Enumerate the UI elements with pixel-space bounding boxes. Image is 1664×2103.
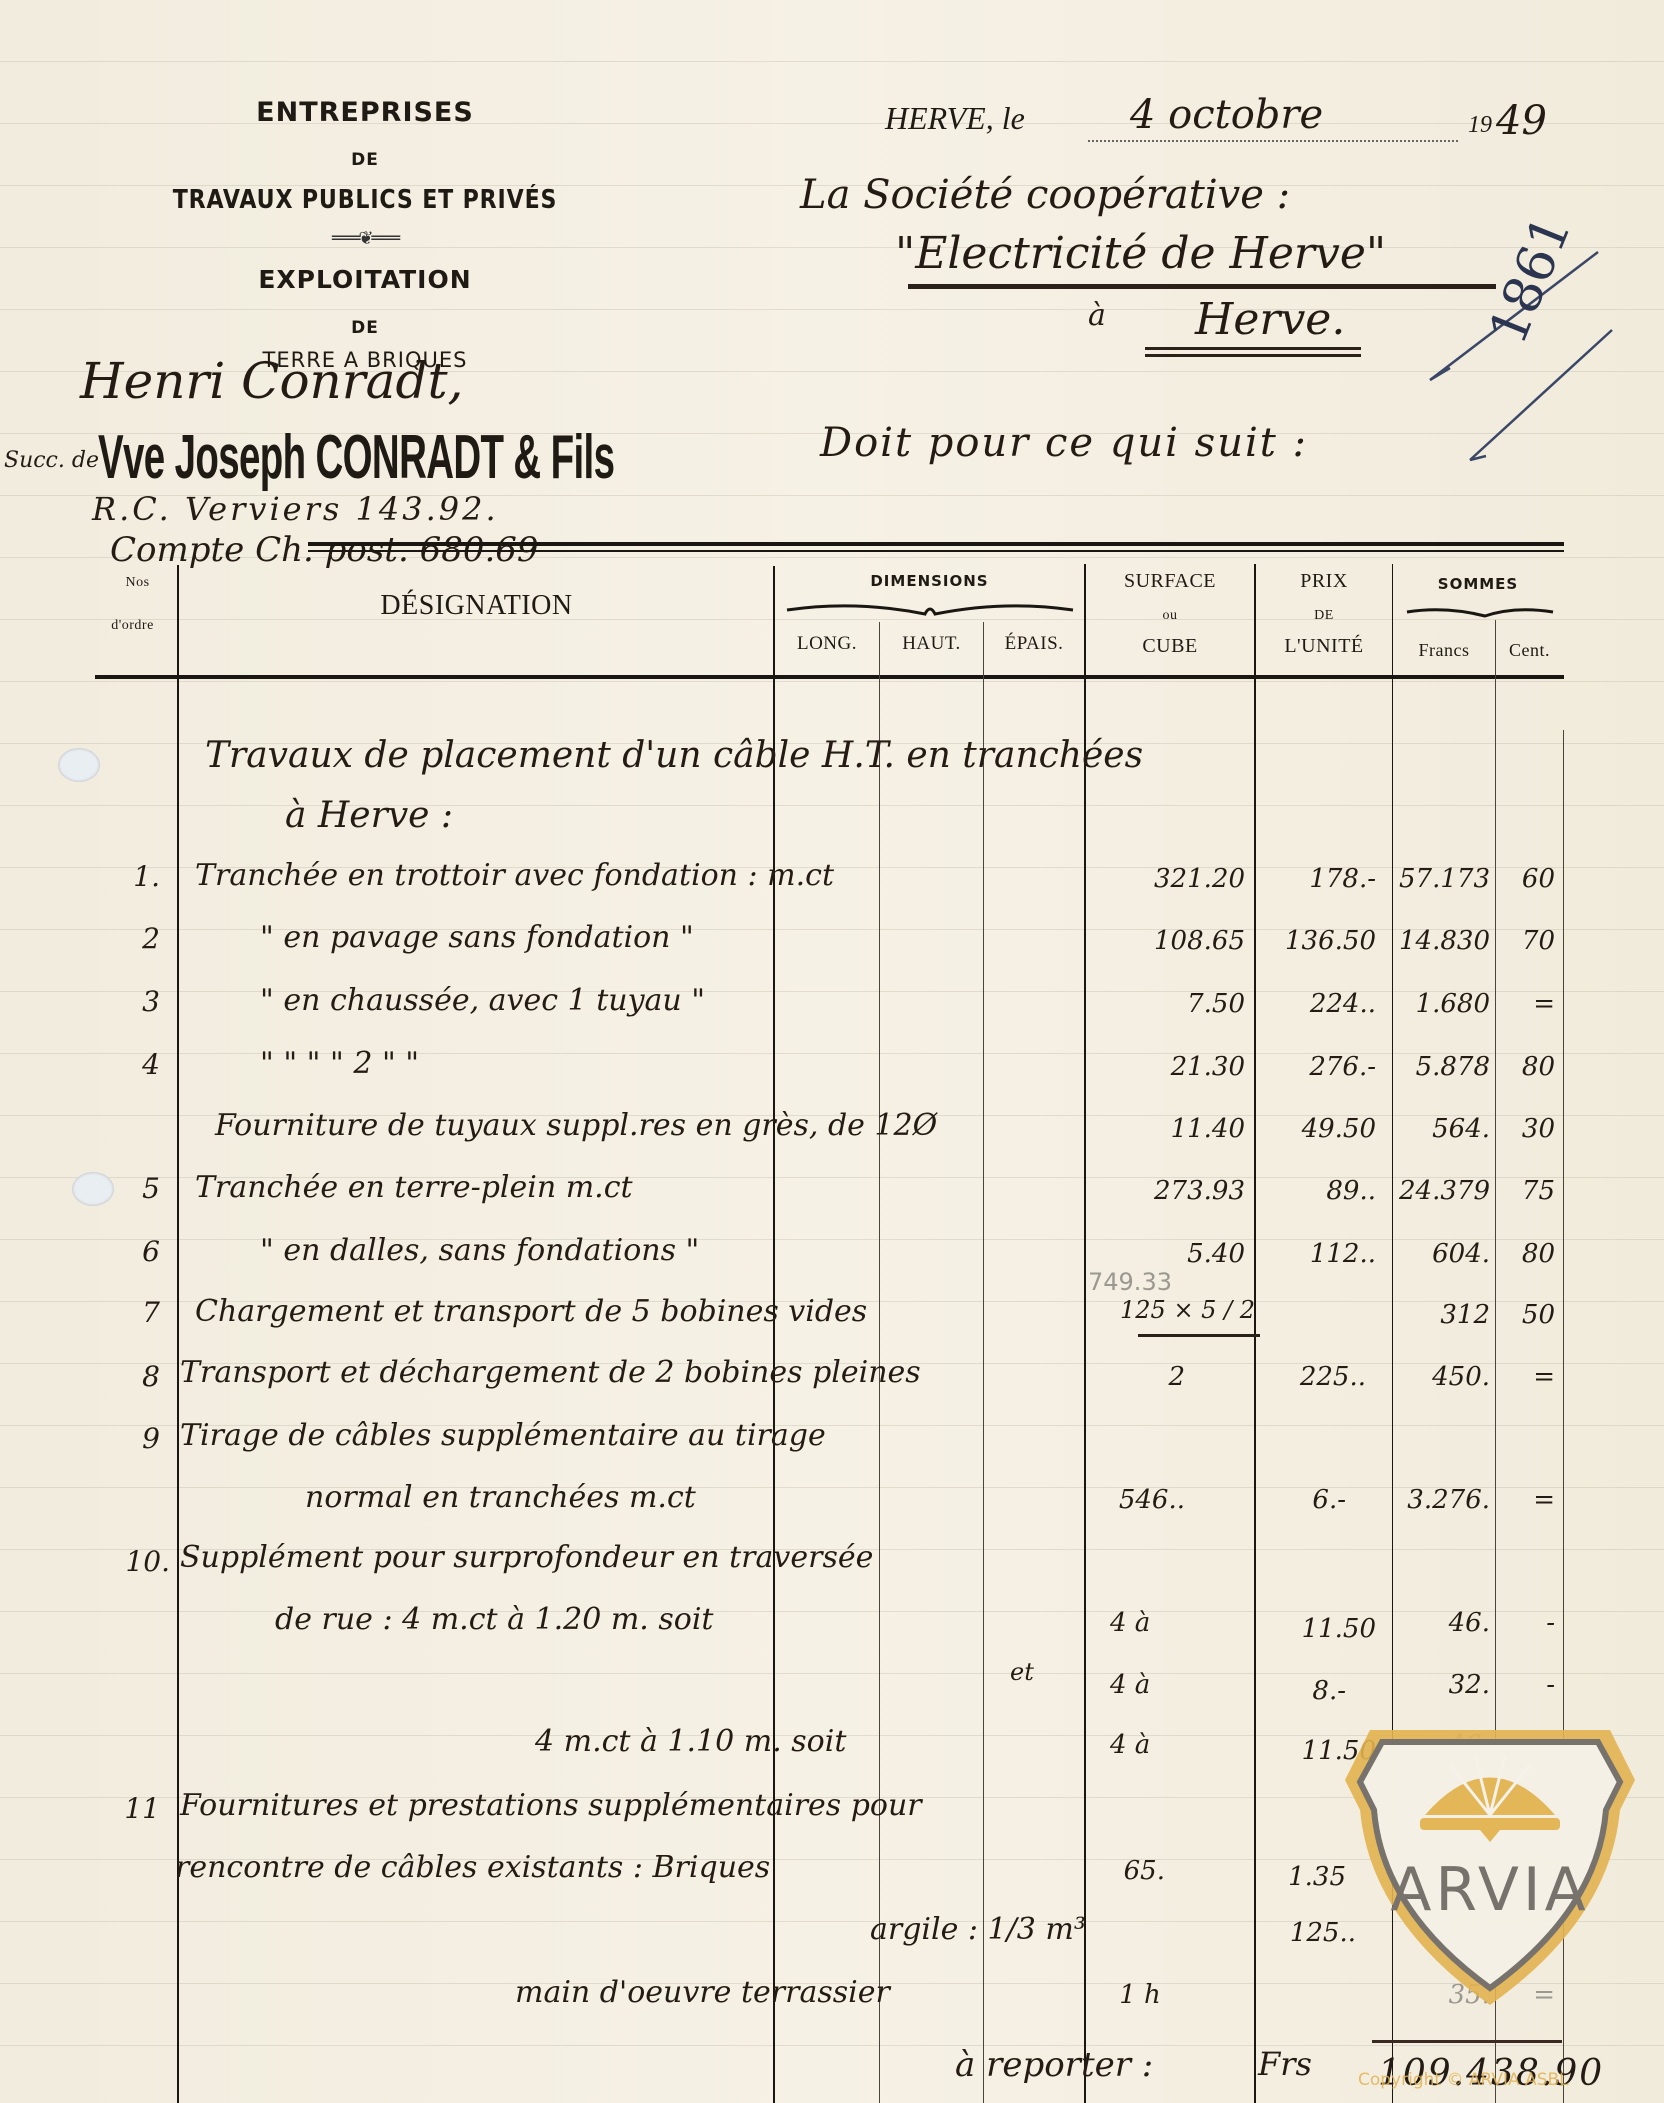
row-description: Fournitures et prestations supplémentair… <box>180 1788 922 1823</box>
date-dotted-line <box>1088 140 1458 142</box>
col-header-prix: PRIX <box>1256 570 1392 593</box>
row-quantity: 65. <box>1095 1856 1165 1886</box>
doit-line: Doit pour ce qui suit : <box>820 420 1308 466</box>
row-cents: 75 <box>1500 1176 1555 1206</box>
column-divider <box>1084 564 1086 2103</box>
underline <box>908 284 1496 289</box>
row-francs: 564. <box>1395 1114 1490 1144</box>
row-number: 4 <box>100 1048 160 1081</box>
brace-ornament <box>1405 604 1555 620</box>
row-quantity: 321.20 <box>1095 864 1245 894</box>
place-label: HERVE, le <box>885 100 1025 137</box>
letterhead-line: DE <box>125 150 605 170</box>
carry-currency: Frs <box>1258 2045 1312 2083</box>
row-francs: 1.680 <box>1395 989 1490 1019</box>
top-rule <box>308 550 1564 552</box>
row-unit-price: 6.- <box>1256 1485 1346 1515</box>
row-description: Transport et déchargement de 2 bobines p… <box>180 1355 921 1390</box>
row-description: " en dalles, sans fondations " <box>260 1233 699 1268</box>
date-handwritten: 4 octobre <box>1130 92 1323 138</box>
letterhead-line: DE <box>125 318 605 338</box>
col-header-epais: ÉPAIS. <box>984 633 1084 655</box>
row-unit-price: 224.. <box>1256 989 1376 1019</box>
col-header-nos: Nos <box>100 575 175 591</box>
row-unit-price: 1.35 <box>1256 1862 1346 1892</box>
successor-prefix: Succ. de <box>4 448 99 473</box>
double-underline <box>1145 354 1361 357</box>
col-header-dimensions: DIMENSIONS <box>775 572 1084 590</box>
row-quantity: 273.93 <box>1095 1176 1245 1206</box>
letterhead-line: TRAVAUX PUBLICS ET PRIVÉS <box>161 185 569 215</box>
row-description: " " " " 2 " " <box>260 1046 419 1081</box>
row-number: 1. <box>100 860 160 893</box>
row-number: 11 <box>100 1792 160 1825</box>
row-cents: 80 <box>1500 1239 1555 1269</box>
row-description: Tirage de câbles supplémentaire au tirag… <box>180 1418 826 1453</box>
recipient-prefix: à <box>1088 298 1106 333</box>
row-description: normal en tranchées m.ct <box>305 1480 696 1515</box>
row-cents: 50 <box>1500 1300 1555 1330</box>
recipient-line1: La Société coopérative : <box>800 172 1290 218</box>
row-number: 10. <box>110 1545 170 1578</box>
row-francs: 5.878 <box>1395 1052 1490 1082</box>
row-cents: 30 <box>1500 1114 1555 1144</box>
row-cents: - <box>1500 1670 1555 1700</box>
row-description: Fourniture de tuyaux suppl.res en grès, … <box>215 1108 937 1143</box>
row-cents: = <box>1500 989 1555 1019</box>
row-number: 7 <box>100 1296 160 1329</box>
row-francs: 3.276. <box>1395 1485 1490 1515</box>
row-description: Tranchée en trottoir avec fondation : m.… <box>195 858 834 893</box>
row-unit-price: 276.- <box>1256 1052 1376 1082</box>
col-header-long: LONG. <box>775 633 879 655</box>
company-name: Vve Joseph CONRADT & Fils <box>98 422 614 493</box>
row-description: rencontre de câbles existants : Briques <box>175 1850 770 1885</box>
row-francs: 24.379 <box>1395 1176 1490 1206</box>
col-header-cube: CUBE <box>1086 635 1254 658</box>
row-unit-price: 49.50 <box>1256 1114 1376 1144</box>
row-quantity: 21.30 <box>1095 1052 1245 1082</box>
year-prefix: 19 <box>1468 112 1492 139</box>
col-header-francs: Francs <box>1393 640 1495 661</box>
header-rule <box>95 675 1564 679</box>
row-description: et <box>1010 1658 1034 1686</box>
row-cents: 60 <box>1500 864 1555 894</box>
row-cents: = <box>1500 1485 1555 1515</box>
row-description: de rue : 4 m.ct à 1.20 m. soit <box>275 1602 713 1637</box>
subtotal-rule <box>1372 2040 1562 2043</box>
row-description: 4 m.ct à 1.10 m. soit <box>535 1724 846 1759</box>
row-unit-price: 136.50 <box>1256 926 1376 956</box>
row-cents: 70 <box>1500 926 1555 956</box>
row-francs: 46. <box>1395 1608 1490 1638</box>
row-unit-price: 178.- <box>1256 864 1376 894</box>
letterhead-line: EXPLOITATION <box>125 265 605 294</box>
pencil-note: 749.33 <box>1088 1268 1172 1296</box>
row-number: 2 <box>100 922 160 955</box>
col-header-cent: Cent. <box>1496 640 1563 661</box>
arvia-wordmark: ARVIA <box>1390 1855 1589 1925</box>
row-number: 9 <box>100 1422 160 1455</box>
recipient-city: Herve. <box>1195 294 1345 345</box>
intro-line: à Herve : <box>285 795 453 836</box>
intro-line: Travaux de placement d'un câble H.T. en … <box>205 735 1143 776</box>
col-header-de: DE <box>1256 608 1392 624</box>
col-header-haut: HAUT. <box>880 633 983 655</box>
row-description: argile : 1/3 m³ <box>870 1912 1086 1947</box>
col-header-surface: SURFACE <box>1086 570 1254 593</box>
row-description: Supplément pour surprofondeur en travers… <box>180 1540 873 1575</box>
row-quantity: 7.50 <box>1095 989 1245 1019</box>
row-francs: 604. <box>1395 1239 1490 1269</box>
row-quantity: 4 à <box>1110 1608 1240 1638</box>
row-cents: = <box>1500 1362 1555 1392</box>
row-description: main d'oeuvre terrassier <box>515 1975 890 2010</box>
fraction-bar <box>1138 1334 1260 1337</box>
row-quantity: 546.. <box>1095 1485 1185 1515</box>
top-rule <box>308 542 1564 546</box>
handwritten-name: Henri Conradt, <box>80 352 463 410</box>
column-divider-thin <box>983 622 984 2103</box>
row-quantity: 4 à <box>1110 1670 1240 1700</box>
row-francs: 32. <box>1395 1670 1490 1700</box>
row-quantity: 5.40 <box>1095 1239 1245 1269</box>
year-handwritten: 49 <box>1496 98 1547 144</box>
row-description: Chargement et transport de 5 bobines vid… <box>195 1294 867 1329</box>
row-cents: - <box>1500 1608 1555 1638</box>
row-description: " en pavage sans fondation " <box>260 920 694 955</box>
col-header-designation: DÉSIGNATION <box>180 590 773 622</box>
row-description: Tranchée en terre-plein m.ct <box>195 1170 633 1205</box>
row-unit-price: 89.. <box>1256 1176 1376 1206</box>
row-quantity: 4 à <box>1110 1730 1240 1760</box>
row-number: 8 <box>100 1360 160 1393</box>
row-number: 3 <box>100 985 160 1018</box>
row-quantity: 1 h <box>1095 1980 1185 2010</box>
row-number: 6 <box>100 1235 160 1268</box>
carry-forward-label: à reporter : <box>955 2045 1153 2085</box>
row-quantity-formula: 125 × 5 / 2 <box>1120 1296 1270 1324</box>
column-divider <box>773 566 775 2103</box>
arvia-shield-logo: ARVIA <box>1340 1720 1640 2020</box>
row-cents: 80 <box>1500 1052 1555 1082</box>
ornament-divider: ═══❦═══ <box>125 228 605 249</box>
rc-number: R.C. Verviers 143.92. <box>92 490 499 528</box>
letterhead-line: ENTREPRISES <box>125 97 605 128</box>
recipient-line2: "Electricité de Herve" <box>895 228 1386 279</box>
row-francs: 312 <box>1395 1300 1490 1330</box>
row-quantity: 108.65 <box>1095 926 1245 956</box>
col-header-dordre: d'ordre <box>90 618 175 634</box>
row-quantity: 11.40 <box>1095 1114 1245 1144</box>
row-number: 5 <box>100 1172 160 1205</box>
col-header-sommes: SOMMES <box>1393 575 1563 593</box>
row-francs: 14.830 <box>1395 926 1490 956</box>
row-quantity: 2 <box>1095 1362 1185 1392</box>
copyright-notice: Copyright © ARVIA ASBL <box>1358 2070 1569 2090</box>
row-unit-price: 112.. <box>1256 1239 1376 1269</box>
row-unit-price: 225.. <box>1256 1362 1366 1392</box>
row-francs: 57.173 <box>1395 864 1490 894</box>
punch-hole <box>58 748 100 782</box>
row-unit-price: 8.- <box>1256 1676 1346 1706</box>
col-header-unite: L'UNITÉ <box>1256 635 1392 658</box>
col-header-ou: ou <box>1086 608 1254 624</box>
row-francs: 450. <box>1395 1362 1490 1392</box>
row-unit-price: 11.50 <box>1256 1614 1376 1644</box>
row-description: " en chaussée, avec 1 tuyau " <box>260 983 705 1018</box>
double-underline <box>1145 347 1361 350</box>
brace-ornament <box>785 600 1075 620</box>
